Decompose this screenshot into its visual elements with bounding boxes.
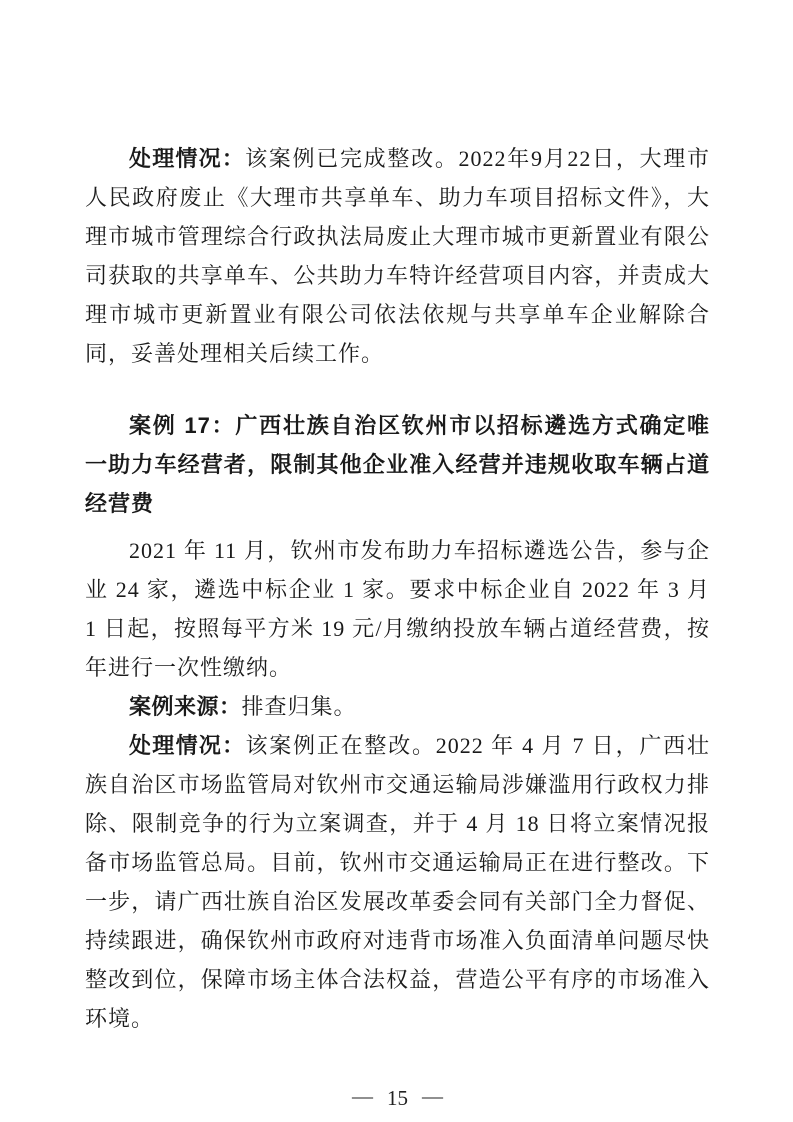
paragraph-case17-handling: 处理情况：该案例正在整改。2022 年 4 月 7 日，广西壮族自治区市场监管局… bbox=[85, 726, 710, 1038]
handling-status-label: 处理情况： bbox=[129, 733, 245, 758]
case-source-text: 排查归集。 bbox=[242, 694, 357, 719]
footer-left-dash: — bbox=[352, 1082, 373, 1110]
handling-status-label: 处理情况： bbox=[129, 146, 245, 171]
paragraph-case16-handling: 处理情况：该案例已完成整改。2022年9月22日，大理市人民政府废止《大理市共享… bbox=[85, 139, 710, 373]
handling-status-text: 该案例已完成整改。2022年9月22日，大理市人民政府废止《大理市共享单车、助力… bbox=[85, 146, 710, 366]
paragraph-case17-source: 案例来源：排查归集。 bbox=[85, 687, 710, 726]
page-footer: —15— bbox=[85, 1084, 710, 1112]
case17-overview-text: 2021 年 11 月，钦州市发布助力车招标遴选公告，参与企业 24 家，遴选中… bbox=[85, 538, 710, 680]
footer-right-dash: — bbox=[422, 1082, 443, 1110]
case-source-label: 案例来源： bbox=[129, 694, 242, 719]
case-17-heading: 案例 17：广西壮族自治区钦州市以招标遴选方式确定唯一助力车经营者，限制其他企业… bbox=[85, 406, 710, 523]
document-content: 处理情况：该案例已完成整改。2022年9月22日，大理市人民政府废止《大理市共享… bbox=[85, 139, 710, 1112]
handling-status-text: 该案例正在整改。2022 年 4 月 7 日，广西壮族自治区市场监管局对钦州市交… bbox=[85, 733, 710, 1031]
page-number: 15 bbox=[387, 1086, 408, 1110]
document-page: 处理情况：该案例已完成整改。2022年9月22日，大理市人民政府废止《大理市共享… bbox=[0, 0, 793, 1122]
paragraph-case17-overview: 2021 年 11 月，钦州市发布助力车招标遴选公告，参与企业 24 家，遴选中… bbox=[85, 531, 710, 687]
